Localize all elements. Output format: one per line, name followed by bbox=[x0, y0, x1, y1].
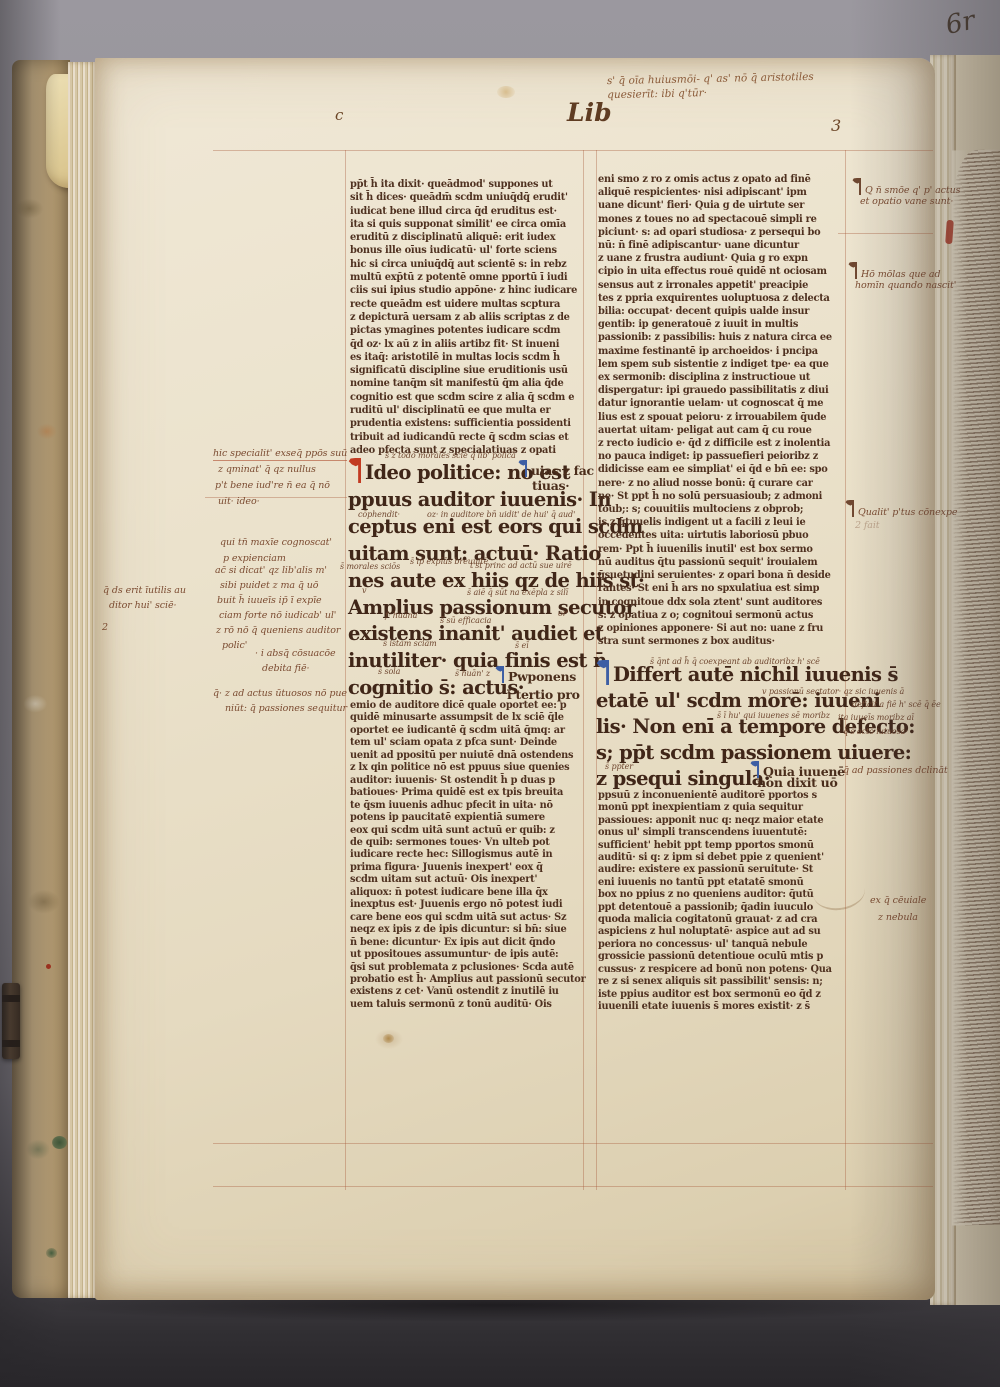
verdigris-stain bbox=[52, 1136, 67, 1149]
text-line: scdm uitam sut actuū· Ois inexpert' bbox=[350, 874, 590, 886]
text-line: nū auditus q̄tu passionū sequit' irouial… bbox=[598, 556, 844, 569]
text-line: passioues: apponit nuc q: neqz maior eta… bbox=[598, 815, 844, 827]
commentary-incipit: ī tertio pro bbox=[507, 687, 580, 702]
margin-note: debita fiē· bbox=[262, 663, 309, 674]
text-line: lem spem sub sistentie z indiget tpe· ea… bbox=[598, 358, 844, 371]
text-line: didicisse eam ee simpliat' ei q̄d e bn̄ … bbox=[598, 463, 844, 476]
text-line: significatū discipline siue eruditionis … bbox=[350, 364, 586, 377]
text-line: nere· z no aliud nosse bonū: q̄ curare c… bbox=[598, 477, 844, 490]
text-line: n̄ bene: dicuntur· Ex ipis aut dicit q̄n… bbox=[350, 937, 590, 949]
margin-note: 2 fait bbox=[855, 520, 880, 531]
text-line: sufficient' hebit ppt temp pportos smonū bbox=[598, 840, 844, 852]
text-line: dispergatur: ipi grauedo passibilitatis … bbox=[598, 384, 844, 397]
margin-note: ac̄ si dicat' qz lib'alis m' bbox=[215, 565, 327, 576]
text-line: pp̄t h̄ ita dixit· queādmod' suppones ut bbox=[350, 178, 586, 191]
text-line: z depicturā uersam z ab aliis scriptas z… bbox=[350, 311, 586, 324]
text-line: auditū· si q: z ipm si debet ppie z quen… bbox=[598, 852, 844, 864]
text-line: de quib: sermones toues· Vn ulteb pot bbox=[350, 837, 590, 849]
text-line: lius est z spouat peioru· z irrouabilem … bbox=[598, 411, 844, 424]
text-line: mones z toues no ad spectacouē simpli re bbox=[598, 213, 844, 226]
margin-note: Hō mōlas que ad bbox=[848, 262, 940, 280]
margin-note: homīn quando nascit' bbox=[855, 280, 956, 291]
text-line: passionib: z passibilis: huis z natura c… bbox=[598, 331, 844, 344]
margin-note: buit h̄ iuueīs ip̄ ī expīe bbox=[217, 595, 322, 606]
right-column-upper-text: eni smo z ro z omis actus z opato ad fin… bbox=[598, 173, 844, 648]
text-line: sit h̄ dices· queādm̄ scdm uniuq̄dq̄ eru… bbox=[350, 191, 586, 204]
interlinear-gloss: s̄ eī bbox=[515, 641, 529, 650]
commentary-incipit: non dixit uō bbox=[757, 775, 838, 790]
text-line: ex sermonib: disciplina z instructioue u… bbox=[598, 371, 844, 384]
text-line: z uane z frustra audiunt· Quia g ro expn bbox=[598, 252, 844, 265]
text-line: existens z cet· Vanū ostendit z inutilē … bbox=[350, 986, 590, 998]
margin-note: sibi puidet z ma q̄ uō bbox=[220, 580, 318, 591]
text-line: quoda malicia cogitatonū grauat· z ad cr… bbox=[598, 914, 844, 926]
text-line: nomine tanq̄m sit manifestū q̄m alia q̄d… bbox=[350, 377, 586, 390]
interlinear-gloss: oz· in auditore bn̄ uidit' de hui' q̄ au… bbox=[427, 510, 575, 519]
text-line: monū ppt inexpientiam z quia sequitur bbox=[598, 802, 844, 814]
text-line: cognitio est que scdm scire z alia q̄ sc… bbox=[350, 391, 586, 404]
text-line: tem ul' sciam opata z pfca sunt· Deinde bbox=[350, 737, 590, 749]
text-line: no pauca indiget: ip passuefieri peiorib… bbox=[598, 450, 844, 463]
text-line: neqz ex ipis z de ipis dicuntur: si bn̄:… bbox=[350, 924, 590, 936]
text-line: cipio in uita effectus rouē quidē nt oci… bbox=[598, 265, 844, 278]
margin-note: p't bene iud're n̄ ea q̄ nō bbox=[215, 480, 330, 491]
text-line: datur ignorantie uelam· ut cognoscat q̄ … bbox=[598, 397, 844, 410]
fore-edge-inscription: 6r bbox=[943, 2, 1000, 63]
ruling-line bbox=[838, 233, 933, 234]
text-line: care bene eos qui scdm uitā sut actus· S… bbox=[350, 912, 590, 924]
verdigris-stain bbox=[46, 1248, 57, 1258]
interlinear-gloss: v passionū sectator· qz sic iuuenis ā bbox=[762, 687, 904, 696]
text-line: gentib: ip generatouē z iuuit in multis bbox=[598, 318, 844, 331]
text-line: ciis sui ipius studio appōne· z hinc iud… bbox=[350, 284, 586, 297]
blue-paraph-mark bbox=[596, 660, 609, 685]
interlinear-gloss: s̄ aiē q̄ sūt na exēpla z silī bbox=[467, 588, 568, 597]
text-line: aliquox: n̄ potest iudicare bene illa q̄… bbox=[350, 887, 590, 899]
page-stain bbox=[497, 86, 515, 98]
margin-note: uit· ideo· bbox=[218, 496, 260, 507]
text-line: eni smo z ro z omis actus z opato ad fin… bbox=[598, 173, 844, 186]
interlinear-gloss: s̄ sū efficacia bbox=[440, 616, 491, 625]
text-line: uem taluis sermonū z tonū auditū· Ois bbox=[350, 999, 590, 1011]
margin-note: q̄ ds erit īutilis au bbox=[103, 585, 186, 596]
ruling-line bbox=[213, 1186, 933, 1187]
interlinear-gloss: s̄ ī hu' qui iuuenes sē moribz bbox=[717, 711, 830, 720]
text-line: iudicat bene illud circa q̄d eruditus es… bbox=[350, 205, 586, 218]
margin-note: z qminat' q̄ qz nullus bbox=[218, 464, 316, 475]
text-line: re z si senex aliquis sit passibilit' se… bbox=[598, 976, 844, 988]
manuscript-photo: 6r s' q̄ oīa huiusmōi- q' as' nō q̄ aris… bbox=[0, 0, 1000, 1387]
blue-paraph-mark bbox=[518, 460, 527, 477]
text-line: auertat uitam· peligat aut cam q̄ cu rou… bbox=[598, 424, 844, 437]
interlinear-gloss: f· huāna bbox=[385, 611, 417, 620]
text-line: tes z ppria exquirentes uoluptuosa z del… bbox=[598, 292, 844, 305]
text-line: bonus ille oīus iudicatū· ul' forte scie… bbox=[350, 244, 586, 257]
margin-note: Qualit' p'tus cōnexpe bbox=[845, 500, 957, 518]
text-line: es itaq̄: aristotilē in multas locis scd… bbox=[350, 351, 586, 364]
text-line: ppt detentouē a passionib; q̄adin iuucul… bbox=[598, 902, 844, 914]
red-paraph-mark bbox=[348, 458, 361, 483]
interlinear-gloss: q̄ s̄ actō iutuosa· bbox=[843, 727, 908, 736]
text-line: maxime festinantē ip archoeidos· i pncip… bbox=[598, 345, 844, 358]
margin-note: · i absq̄ cōsuacōe bbox=[255, 648, 335, 659]
text-line: cussus· z respicere ad bonū non potens· … bbox=[598, 964, 844, 976]
text-line: grossicie passionū detentioue oculū mtis… bbox=[598, 951, 844, 963]
text-line: toub;: s; couuitiis multociens z obprob; bbox=[598, 503, 844, 516]
next-page-text-curved bbox=[952, 149, 1000, 1225]
text-line: tribuit ad iudicandū recte q̄ scdm scias… bbox=[350, 431, 586, 444]
margin-note: z rō nō q̄ queniens auditor bbox=[216, 625, 340, 636]
lemma-continuation: tiuas· bbox=[532, 478, 569, 493]
left-column-upper-text: pp̄t h̄ ita dixit· queādmod' suppones ut… bbox=[350, 178, 586, 457]
text-line: te q̄sm iuuenis adhuc pfecit in uita· nō bbox=[350, 800, 590, 812]
text-line: stra sunt sermones z box auditus· bbox=[598, 635, 844, 648]
margin-note: p expienciam bbox=[223, 553, 286, 564]
margin-note: Q n̄ smōe q' p' actus bbox=[852, 178, 960, 196]
text-line: s: z opatiua z o; cognitoui sermonū actu… bbox=[598, 609, 844, 622]
text-line: ita si quis supponat similit' ee circa o… bbox=[350, 218, 586, 231]
lemma-continuation: uias z fac bbox=[518, 460, 594, 478]
text-line: z lx qin politice nō est ppuus siue quen… bbox=[350, 762, 590, 774]
text-line: batioues· Prima quidē est ex tpis breuit… bbox=[350, 787, 590, 799]
text-line: in cognitoue ddx sola ztent' sunt audito… bbox=[598, 596, 844, 609]
interlinear-gloss: deficit a fiē h' scē q̄ ēe bbox=[852, 700, 941, 709]
interlinear-gloss: s̄ q̄nt ad h̄ q̄ coexpeant ab auditoribz… bbox=[650, 657, 820, 666]
text-line: ut ppositoues assumuntur· de ipis autē: bbox=[350, 949, 590, 961]
interlinear-gloss: s̄ ppter bbox=[605, 762, 633, 771]
interlinear-gloss: cōphendit· bbox=[358, 510, 400, 519]
text-line: multū exp̄tū z potentē omne pportū ī iud… bbox=[350, 271, 586, 284]
text-line: ne· St ppt h̄ no solū persuasioub; z adm… bbox=[598, 490, 844, 503]
commentary-incipit: Pwponens bbox=[495, 666, 576, 684]
text-line: aliquē respicientes· nisi adipiscant' ip… bbox=[598, 186, 844, 199]
text-line: recte queādm est uidere multas scptura bbox=[350, 298, 586, 311]
text-line: q̄si sut problemata z pclusiones· Scda a… bbox=[350, 962, 590, 974]
interlinear-gloss: s̄ huān' z bbox=[455, 669, 490, 678]
text-line: is z q̄tuuelis indigent ut a facili z le… bbox=[598, 516, 844, 529]
text-line: prima figura· Juuenis inexpert' eox q̄ bbox=[350, 862, 590, 874]
text-line: box no ppius z no queniens auditor: q̄ut… bbox=[598, 889, 844, 901]
leather-spine bbox=[12, 60, 70, 1298]
text-line: occedentes uita: uirtutis laboriosū pbuo bbox=[598, 529, 844, 542]
text-line: uane dicunt' fieri· Quia g de uirtute se… bbox=[598, 199, 844, 212]
running-title: Lib bbox=[567, 98, 612, 127]
folio-number: 3 bbox=[831, 116, 841, 135]
text-line: eni iuuenis no tantū ppt etatatē smonū bbox=[598, 877, 844, 889]
ruling-line bbox=[213, 150, 933, 151]
margin-note: ciam forte nō iudicab' ul' bbox=[219, 610, 336, 621]
text-line: aspiciens z hul noluptatē· aspice aut ad… bbox=[598, 926, 844, 938]
fore-edge-page-stack bbox=[930, 55, 1000, 1305]
text-line: onus ul' simpli transcendens iuuentutē: bbox=[598, 827, 844, 839]
book-clasp bbox=[2, 983, 20, 1059]
top-annotation: s' q̄ oīa huiusmōi- q' as' nō q̄ aristot… bbox=[607, 70, 814, 102]
text-line: quidē minusarte assumpsit de lx sciē q̄l… bbox=[350, 712, 590, 724]
manuscript-page: s' q̄ oīa huiusmōi- q' as' nō q̄ aristot… bbox=[95, 58, 935, 1300]
text-line: prudentia existens: sufficientia posside… bbox=[350, 417, 586, 430]
text-line: sensus aut z irronales appetit' preacipi… bbox=[598, 279, 844, 292]
margin-note: ditor hui' sciē· bbox=[109, 600, 176, 611]
margin-note: polic' bbox=[222, 640, 247, 651]
text-line: ruditū ul' disciplinatū ee que multa er bbox=[350, 404, 586, 417]
interlinear-gloss: s̄ morales sciōs bbox=[340, 562, 400, 571]
text-line: periora no concessus· ul' tanquā nebule bbox=[598, 939, 844, 951]
margin-note: z nebula bbox=[878, 912, 918, 923]
text-line: rantes· St eni h̄ ars no spxulatiua est … bbox=[598, 582, 844, 595]
interlinear-gloss: s̄ istam sciam bbox=[383, 639, 437, 648]
quire-letter: c bbox=[335, 106, 343, 124]
margin-note: qui tn̄ maxīe cognoscat' bbox=[220, 537, 332, 548]
ruling-line bbox=[345, 150, 346, 1190]
margin-note: 2 bbox=[102, 622, 108, 633]
text-line: q̄d oz· lx aū z in aliis artibz fit· St … bbox=[350, 338, 586, 351]
text-line: audire: existere ex passionū seruitute· … bbox=[598, 864, 844, 876]
top-annotation-line: quesierīt: ibi q'tūr· bbox=[607, 84, 814, 102]
text-line: uenit ad ppositū per nuiutē dnā ostenden… bbox=[350, 750, 590, 762]
interlinear-gloss: v bbox=[362, 586, 366, 595]
text-line: eruditū z disciplinatū aliquē: erit iude… bbox=[350, 231, 586, 244]
interlinear-gloss: s̄ z todō morales sciē q̄ lib' policā bbox=[385, 451, 516, 460]
interlinear-gloss: or' bbox=[558, 609, 569, 618]
text-line: q̄suetudini seruientes· z opari bona n̄ … bbox=[598, 569, 844, 582]
blue-paraph-mark bbox=[495, 666, 504, 683]
text-line: piciunt· s: ad opari studiosa· z persequ… bbox=[598, 226, 844, 239]
text-line: auditor: iuuenis· St ostendit h̄ p duas … bbox=[350, 775, 590, 787]
text-line: iudicare recte hec: Sillogismus autē in bbox=[350, 849, 590, 861]
left-column-commentary: emio de auditore dicē quale oportet ee: … bbox=[350, 700, 590, 1011]
text-line: z recto iudicio e· q̄d z difficile est z… bbox=[598, 437, 844, 450]
ruling-line bbox=[213, 1143, 933, 1144]
ink-paraph-mark bbox=[852, 178, 861, 195]
text-line: bilia: occupat· decent quipis ualde insu… bbox=[598, 305, 844, 318]
interlinear-gloss: s̄ sola bbox=[378, 667, 400, 676]
text-line: probatio est h̄· Amplius aut passionū se… bbox=[350, 974, 590, 986]
left-page-edges bbox=[68, 62, 98, 1298]
text-line: ppsuū z inconuenientē auditorē pportos s bbox=[598, 790, 844, 802]
ink-paraph-mark bbox=[845, 500, 854, 517]
text-line: nū: n̄ finē adipiscantur· uane dicuntur bbox=[598, 239, 844, 252]
ink-paraph-mark bbox=[848, 262, 857, 279]
red-spot bbox=[46, 964, 51, 969]
margin-note: q̄ ad passiones dclināt bbox=[843, 765, 948, 776]
margin-note: hic specialit' exseq̄ ppōs suū bbox=[213, 448, 347, 461]
margin-note: niūt: q̄ passiones sequitur bbox=[225, 703, 347, 714]
text-line: potens ip paucitatē expientiā sumere bbox=[350, 812, 590, 824]
text-line: eox qui scdm uitā sunt actuū er quib: z bbox=[350, 825, 590, 837]
text-line: inexptus est· Juuenis ergo nō potest iud… bbox=[350, 899, 590, 911]
interlinear-gloss: t'st princ ad actū sue uirē bbox=[470, 561, 572, 570]
text-line: iuuenili etate iuuenis s̄ mores existit·… bbox=[598, 1001, 844, 1013]
text-line: rem· Ppt h̄ iuuenilis inutil' est box se… bbox=[598, 543, 844, 556]
text-line: pictas ymagines potentes iudicare scdm bbox=[350, 324, 586, 337]
margin-note: ex q̄ cēuiale bbox=[870, 895, 926, 906]
interlinear-gloss: ita iuueīs moribz aī bbox=[838, 713, 914, 722]
text-line: hic si circa uniuq̄dq̄ aut scientē s: in… bbox=[350, 258, 586, 271]
text-line: z opiniones apponere· Si aut no: uane z … bbox=[598, 622, 844, 635]
text-line: oportet ee iudicantē q̄ scdm uitā q̄mq: … bbox=[350, 725, 590, 737]
right-column-commentary: ppsuū z inconuenientē auditorē pportos s… bbox=[598, 790, 844, 1013]
margin-note: q̄· z ad actus ūtuosos nō pue bbox=[213, 688, 347, 699]
text-line: iste ppius auditor est box sermonū eo q̄… bbox=[598, 989, 844, 1001]
page-stain bbox=[383, 1034, 394, 1043]
margin-note: et opatio vane sunt· bbox=[860, 196, 953, 207]
